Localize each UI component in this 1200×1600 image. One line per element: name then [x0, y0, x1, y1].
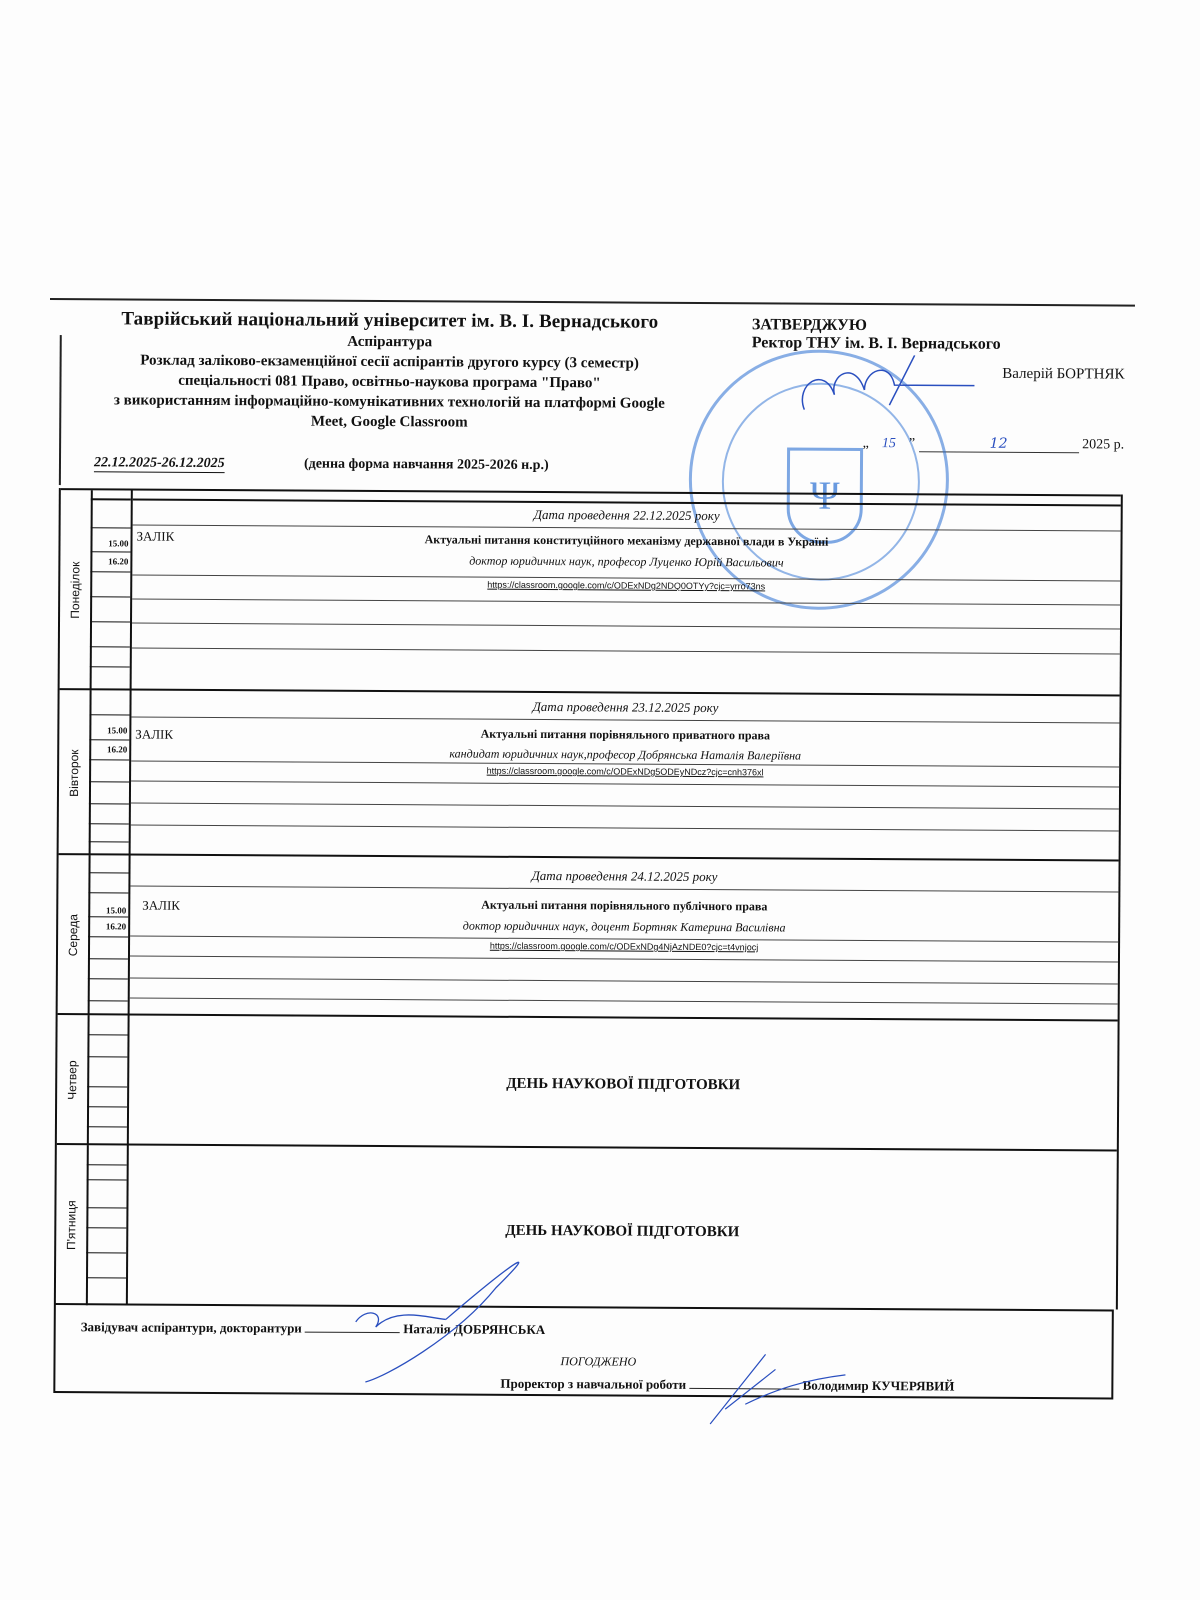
prorector-signature-line: Проректор з навчальної роботи Володимир …	[500, 1376, 954, 1395]
time-row	[86, 1253, 126, 1278]
time-start: 15.00	[88, 893, 128, 917]
approval-date-year: 2025 р.	[1082, 437, 1124, 452]
time-column: 15.00 16.20	[90, 490, 133, 690]
empty-row	[131, 803, 1119, 832]
time-start: 15.00	[90, 530, 130, 552]
time-row	[86, 1180, 126, 1208]
schedule-title-line-3: з використанням інформаційно-комунікатив…	[49, 390, 729, 414]
day-content: Дата проведення 22.12.2025 року ЗАЛІК Ак…	[132, 491, 1121, 697]
agreed-label: ПОГОДЖЕНО	[560, 1354, 636, 1369]
schedule-document: Таврійський національний університет ім.…	[43, 298, 1135, 1430]
time-row	[87, 1035, 127, 1057]
day-block-monday: Понеділок 15.00 16.20 Дата проведення 22…	[60, 488, 1121, 696]
science-day-label: ДЕНЬ НАУКОВОЇ ПІДГОТОВКИ	[128, 1220, 1116, 1243]
time-row	[88, 855, 128, 873]
time-row	[90, 622, 130, 647]
date-held: Дата проведення 23.12.2025 року	[131, 691, 1119, 719]
time-row	[87, 1145, 127, 1165]
schedule-title-line-4: Meet, Google Classroom	[49, 410, 729, 434]
document-header: Таврійський національний університет ім.…	[49, 298, 1135, 497]
rector-name: Валерій БОРТНЯК	[1002, 366, 1124, 384]
time-row	[88, 937, 128, 959]
day-label-tuesday: Вівторок	[59, 690, 92, 855]
day-content: Дата проведення 23.12.2025 року ЗАЛІК Ак…	[131, 691, 1120, 862]
time-row	[90, 597, 130, 622]
date-held: Дата проведення 22.12.2025 року	[133, 501, 1121, 527]
time-row	[88, 979, 128, 1001]
day-content: ДЕНЬ НАУКОВОЇ ПІДГОТОВКИ	[128, 1145, 1117, 1311]
head-name: Наталія ДОБРЯНСЬКА	[403, 1321, 545, 1337]
date-held: Дата проведення 24.12.2025 року	[130, 856, 1118, 888]
approval-block: ЗАТВЕРДЖУЮ Ректор ТНУ ім. В. І. Вернадсь…	[740, 316, 1135, 354]
head-title: Завідувач аспірантури, докторантури	[81, 1319, 302, 1335]
time-end: 16.20	[89, 740, 129, 760]
day-label-friday: П'ятниця	[56, 1145, 89, 1305]
day-block-tuesday: Вівторок 15.00 16.20 Дата проведення 23.…	[59, 688, 1120, 861]
university-name: Таврійський національний університет ім.…	[50, 308, 730, 334]
time-end: 16.20	[88, 917, 128, 937]
time-row	[87, 1015, 127, 1035]
time-row	[87, 1087, 127, 1107]
empty-row	[132, 623, 1120, 655]
approval-title: ЗАТВЕРДЖУЮ	[752, 316, 1135, 336]
time-row	[91, 498, 131, 528]
class-row: ЗАЛІК Актуальні питання порівняльного пр…	[131, 717, 1119, 768]
document-footer: Завідувач аспірантури, докторантури Ната…	[53, 1303, 1114, 1399]
exam-type: ЗАЛІК	[135, 727, 173, 743]
time-column	[87, 1015, 130, 1145]
day-label-thursday: Четвер	[57, 1015, 90, 1145]
time-start: 15.00	[89, 715, 129, 740]
header-title-block: Таврійський національний університет ім.…	[49, 308, 730, 434]
day-content: Дата проведення 24.12.2025 року ЗАЛІК Ак…	[130, 856, 1119, 1022]
day-content: ДЕНЬ НАУКОВОЇ ПІДГОТОВКИ	[129, 1015, 1118, 1151]
time-row	[87, 1165, 127, 1180]
time-row	[88, 959, 128, 979]
time-row	[86, 1208, 126, 1228]
exam-type: ЗАЛІК	[136, 529, 174, 545]
class-row: ЗАЛІК Актуальні питання порівняльного пу…	[130, 886, 1118, 943]
day-block-wednesday: Середа 15.00 16.20 Дата проведення 24.12…	[58, 853, 1119, 1021]
day-label-monday: Понеділок	[60, 490, 93, 690]
time-row	[90, 572, 130, 597]
time-column: 15.00 16.20	[88, 855, 131, 1015]
schedule-table: Понеділок 15.00 16.20 Дата проведення 22…	[54, 488, 1123, 1309]
prorector-name: Володимир КУЧЕРЯВИЙ	[803, 1378, 955, 1394]
session-period: 22.12.2025-26.12.2025	[94, 455, 225, 472]
time-column	[86, 1145, 129, 1305]
time-row	[87, 1107, 127, 1127]
time-end: 16.20	[90, 552, 130, 572]
day-label-wednesday: Середа	[58, 855, 91, 1015]
science-day-label: ДЕНЬ НАУКОВОЇ ПІДГОТОВКИ	[129, 1073, 1117, 1096]
schedule-title-line-1: Розклад заліково-екзаменційної сесії асп…	[50, 350, 730, 374]
day-block-thursday: Четвер ДЕНЬ НАУКОВОЇ ПІДГОТОВКИ	[57, 1013, 1118, 1151]
time-row	[89, 782, 129, 804]
signature-blank	[305, 1332, 400, 1334]
period-line: 22.12.2025-26.12.2025 (денна форма навча…	[49, 455, 729, 459]
head-signature-line: Завідувач аспірантури, докторантури Ната…	[81, 1319, 546, 1338]
time-row	[89, 824, 129, 842]
prorector-title: Проректор з навчальної роботи	[500, 1376, 686, 1392]
signature-blank	[689, 1388, 799, 1390]
time-row	[87, 1057, 127, 1087]
time-row	[86, 1228, 126, 1253]
exam-type: ЗАЛІК	[142, 898, 180, 914]
time-row	[89, 760, 129, 782]
time-row	[89, 804, 129, 824]
study-form: (денна форма навчання 2025-2026 н.р.)	[304, 457, 549, 474]
time-column: 15.00 16.20	[89, 690, 132, 855]
time-row	[89, 690, 129, 715]
time-row	[90, 647, 130, 667]
time-row	[88, 873, 128, 893]
day-block-friday: П'ятниця ДЕНЬ НАУКОВОЇ ПІДГОТОВКИ	[56, 1143, 1117, 1311]
